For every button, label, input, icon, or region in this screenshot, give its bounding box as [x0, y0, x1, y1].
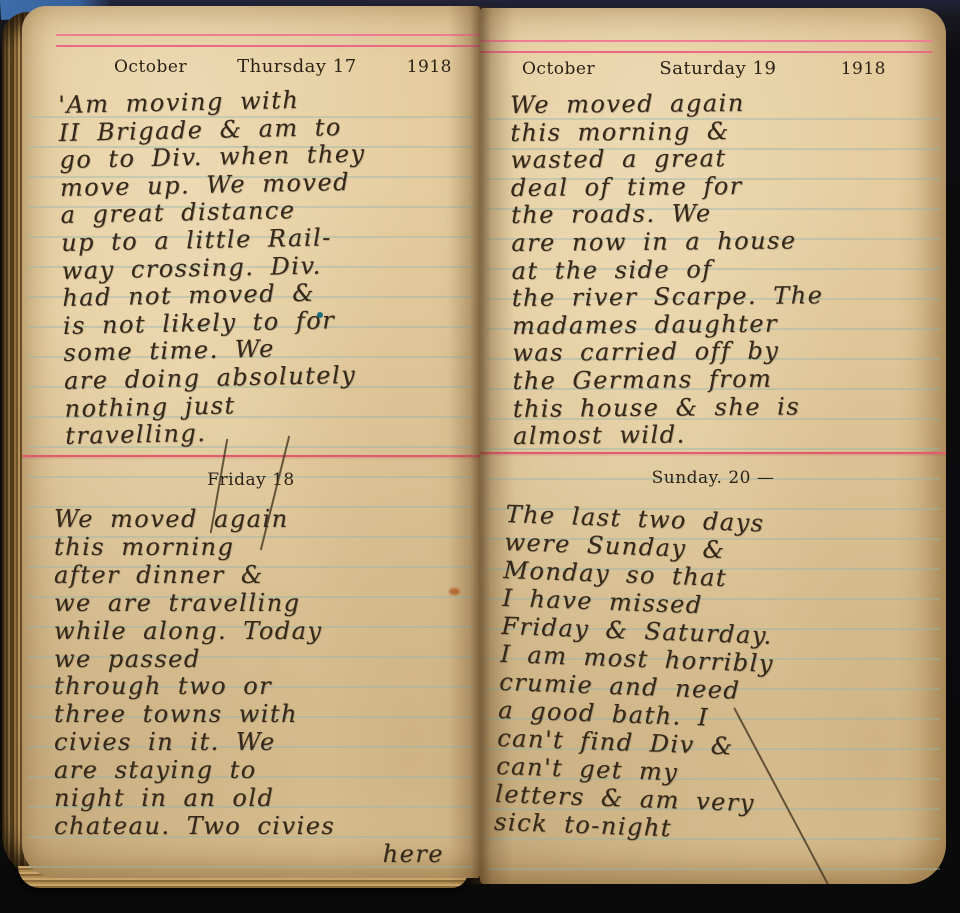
- handwritten-line: three towns with: [54, 701, 474, 729]
- handwritten-line: civies in it. We: [54, 729, 474, 757]
- month-label: October: [114, 57, 187, 77]
- year-label: 1918: [407, 57, 452, 77]
- handwritten-line: was carried off by: [512, 337, 938, 368]
- entry-saturday-19: We moved againthis morning &wasted a gre…: [510, 88, 939, 450]
- subheader-sunday-20: Sunday. 20 —: [480, 468, 946, 488]
- handwritten-line: after dinner &: [54, 562, 474, 590]
- diary-scan: October Thursday 17 1918 'Am moving with…: [0, 0, 960, 913]
- entry-sunday-20: The last two dayswere Sunday &Monday so …: [494, 500, 936, 852]
- page-header-right: October Saturday 19 1918: [480, 58, 946, 79]
- handwritten-line: wasted a great: [510, 143, 936, 174]
- subheader-text: Sunday. 20: [652, 468, 751, 488]
- handwritten-line: the river Scarpe. The: [512, 281, 938, 312]
- handwritten-line: night in an old: [54, 785, 474, 813]
- handwritten-line: deal of time for: [511, 171, 937, 202]
- year-label: 1918: [841, 59, 886, 79]
- handwritten-line: through two or: [54, 673, 474, 701]
- entry-friday-18: We moved againthis morningafter dinner &…: [54, 506, 474, 869]
- pen-dash: —: [757, 468, 775, 488]
- diary-page-right: October Saturday 19 1918 We moved againt…: [480, 8, 946, 884]
- handwritten-line: We moved again: [510, 88, 936, 119]
- subheader-friday-18: Friday 18: [22, 470, 480, 490]
- pink-top-rule: [56, 34, 480, 47]
- handwritten-line: are now in a house: [511, 226, 937, 257]
- pink-top-rule: [480, 40, 932, 53]
- handwritten-line: almost wild.: [513, 419, 939, 450]
- handwritten-line: here: [54, 841, 474, 869]
- handwritten-line: the Germans from: [512, 364, 938, 395]
- month-label: October: [522, 59, 595, 79]
- ink-blot: [317, 312, 323, 318]
- page-header-left: October Thursday 17 1918: [22, 56, 480, 77]
- handwritten-line: while along. Today: [54, 618, 474, 646]
- handwritten-line: the roads. We: [511, 199, 937, 230]
- handwritten-line: this house & she is: [513, 392, 939, 423]
- diary-page-left: October Thursday 17 1918 'Am moving with…: [22, 6, 480, 878]
- red-mid-rule: [22, 455, 480, 457]
- handwritten-line: we are travelling: [54, 590, 474, 618]
- handwritten-line: travelling.: [65, 414, 479, 450]
- handwritten-line: chateau. Two civies: [54, 813, 474, 841]
- handwritten-line: are staying to: [54, 757, 474, 785]
- entry-thursday-17: 'Am moving withII Brigade & am togo to D…: [58, 83, 479, 450]
- handwritten-line: we passed: [54, 646, 474, 674]
- handwritten-line: this morning &: [510, 116, 936, 147]
- day-label: Saturday 19: [595, 58, 841, 79]
- day-label: Thursday 17: [187, 56, 407, 77]
- handwritten-line: madames daughter: [512, 309, 938, 340]
- rust-stain: [449, 588, 460, 595]
- handwritten-line: at the side of: [511, 254, 937, 285]
- red-mid-rule: [480, 452, 946, 454]
